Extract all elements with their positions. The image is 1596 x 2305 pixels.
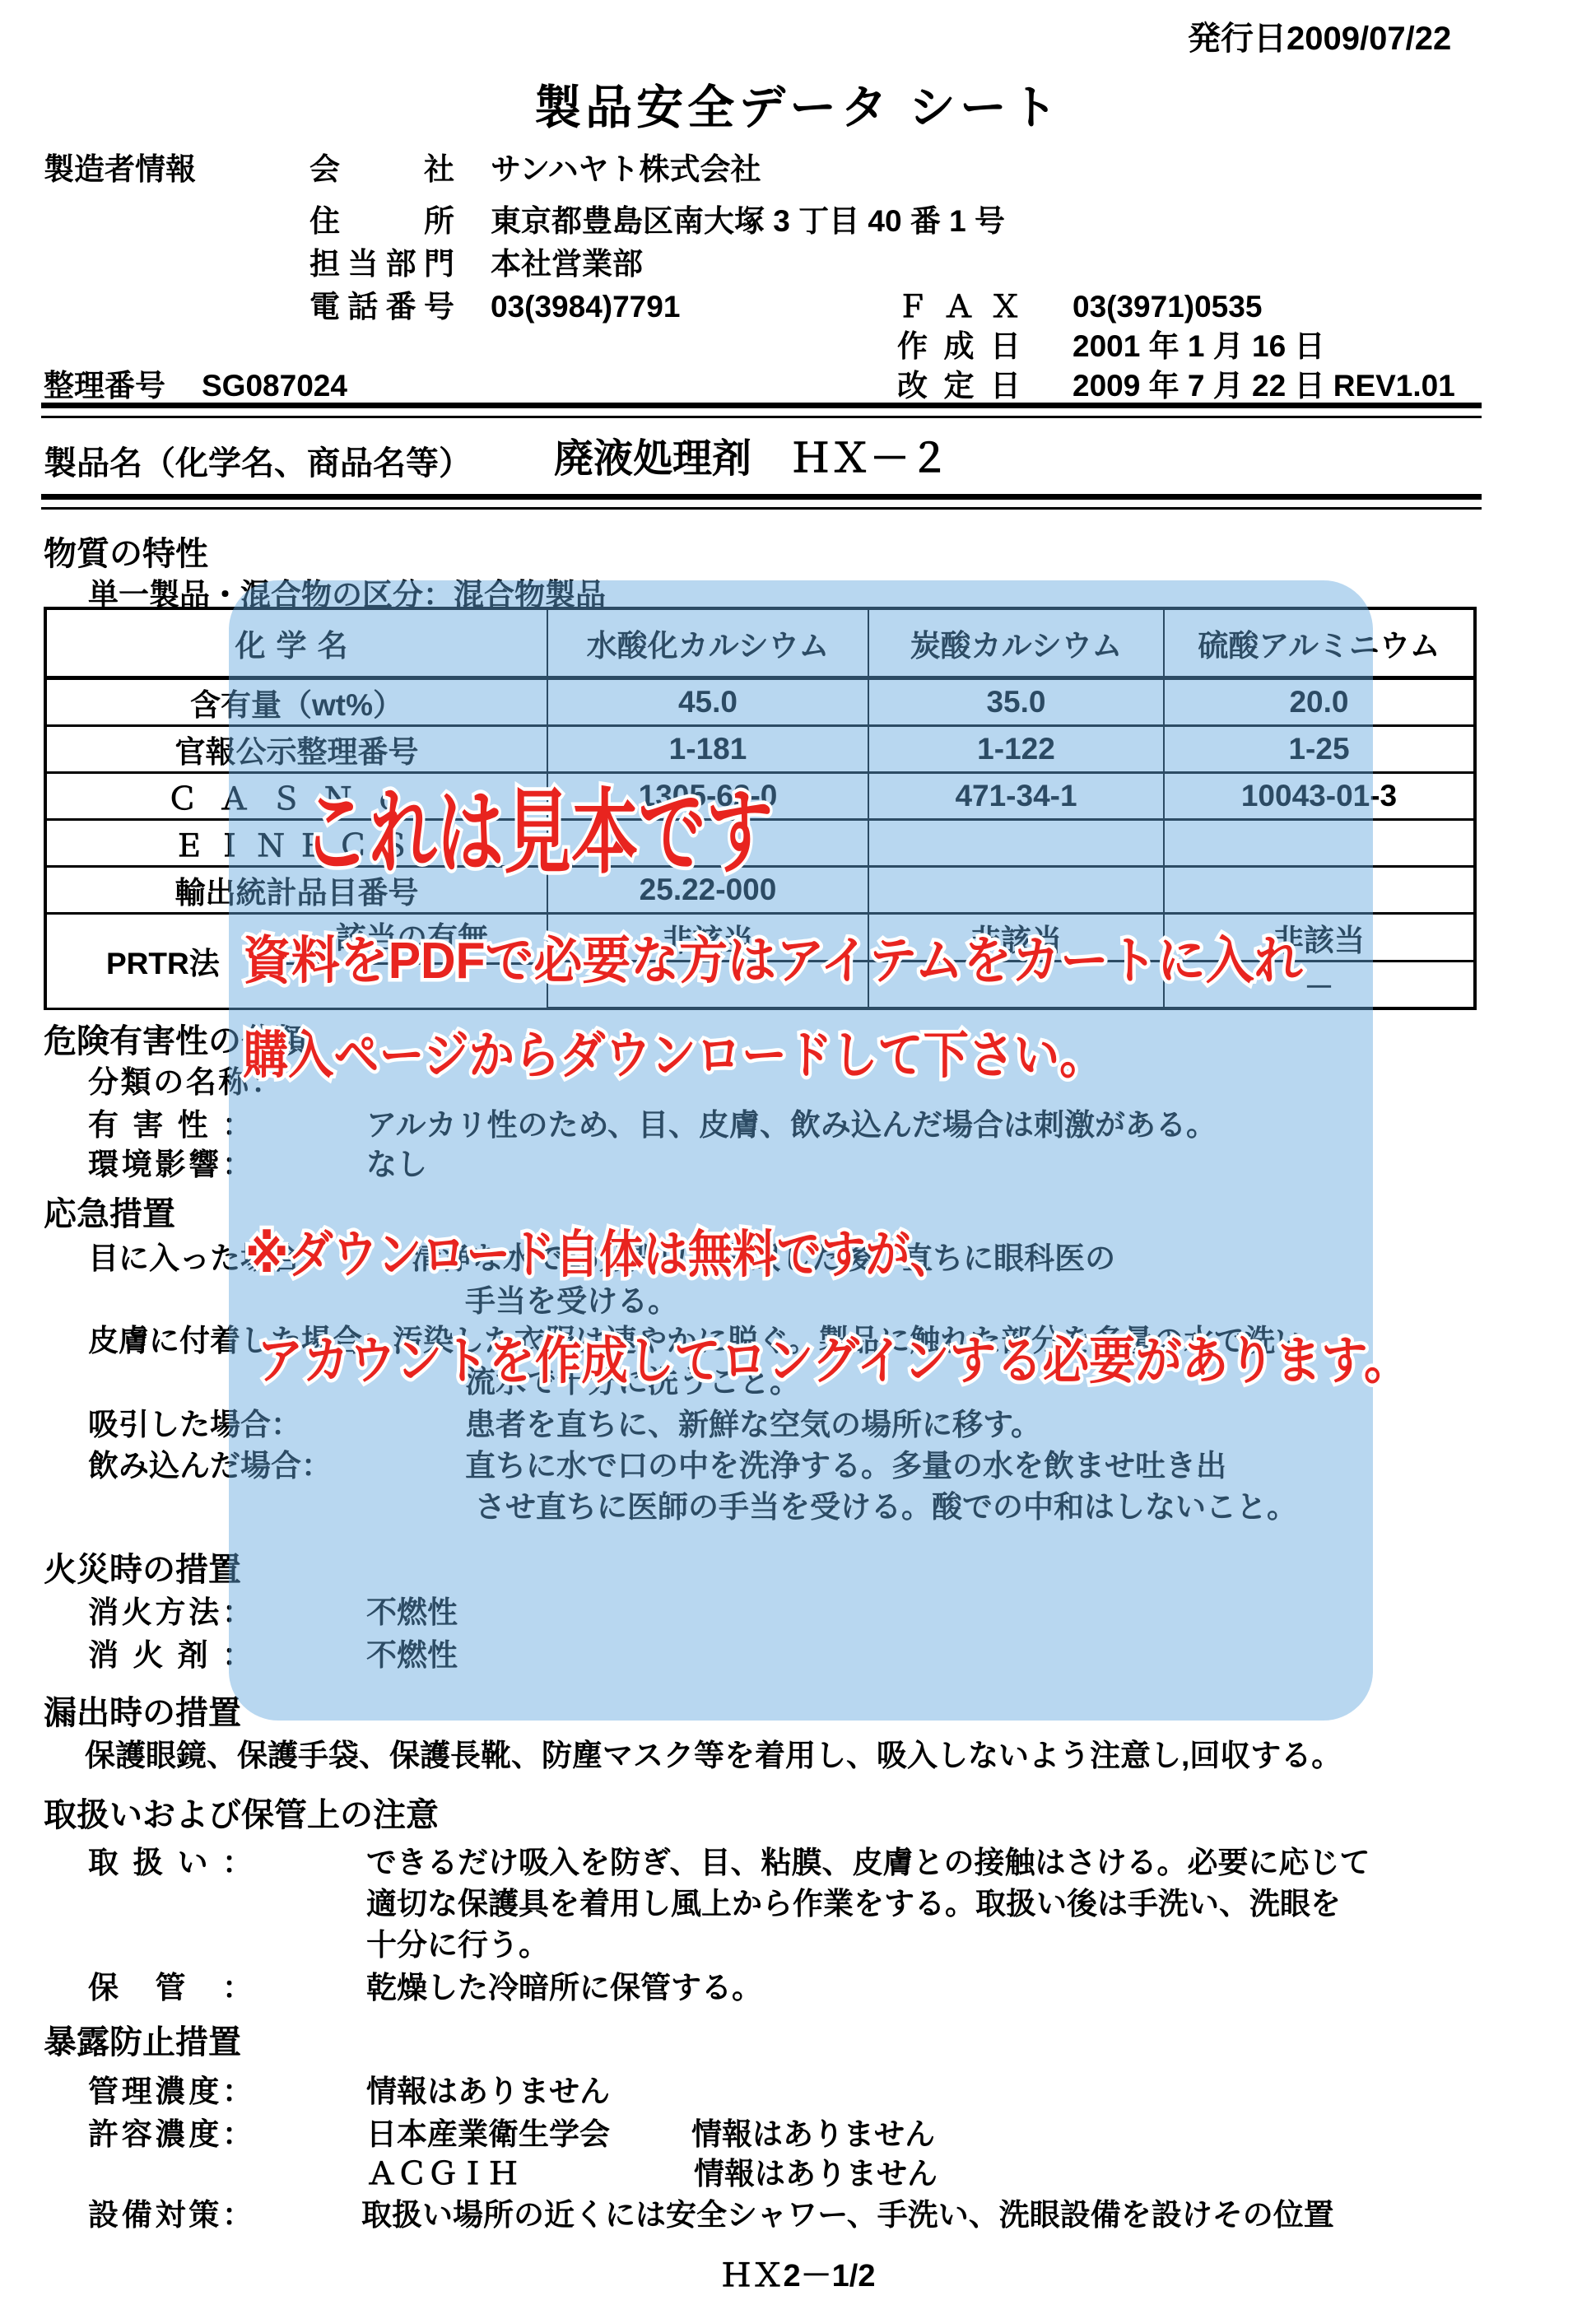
prtr-law-label: PRTR法: [106, 938, 220, 983]
properties-heading: 物質の特性: [44, 533, 208, 575]
department-label: 担当部門: [309, 245, 454, 283]
col-header-calcium-carbonate: 炭酸カルシウム: [868, 608, 1164, 678]
cell-value: [868, 820, 1164, 867]
extinguishing-agent-label: 消火剤：: [88, 1637, 253, 1674]
table-row: 含有量（wt%） 45.0 35.0 20.0: [45, 678, 1475, 726]
product-name-value: 廃液処理剤 ＨＸ－２: [554, 435, 949, 484]
page-number-footer: ＨＸ2－1/2: [721, 2257, 876, 2297]
col-header-chemical-name: 化学名: [235, 629, 359, 663]
divider-rule-top: [41, 403, 1482, 418]
cell-value: 20.0: [1164, 678, 1475, 726]
skin-contact-line1: 皮膚に付着した場合：汚染した衣服は速やかに脱ぐ。製品に触れた部分を多量の水で洗い: [88, 1322, 1305, 1360]
allowable-value2: 情報はありません: [694, 2155, 938, 2193]
environment-label: 環境影響：: [88, 1146, 253, 1184]
maker-section-label: 製造者情報: [44, 151, 196, 189]
phone-label: 電話番号: [309, 288, 454, 326]
handling-heading: 取扱いおよび保管上の注意: [44, 1795, 439, 1836]
harmful-value: アルカリ性のため、目、皮膚、飲み込んだ場合は刺激がある。: [366, 1106, 1217, 1144]
cell-value: 471-34-1: [868, 773, 1164, 820]
handling-label: 取扱い：: [88, 1844, 253, 1882]
allowable-org1: 日本産業衛生学会: [366, 2116, 610, 2154]
col-header-aluminum-sulfate: 硫酸アルミニウム: [1164, 608, 1475, 678]
cell-value: 1-122: [868, 726, 1164, 773]
harmful-label: 有害性：: [88, 1106, 253, 1144]
watermark-line-download: 購入ページからダウンロードして下さい。: [243, 1028, 1105, 1084]
facility-measures-value: 取扱い場所の近くには安全シャワー、手洗い、洗眼設備を設けその位置: [361, 2196, 1334, 2234]
cell-value: [868, 962, 1164, 1009]
cell-value: [547, 962, 868, 1009]
ref-number-label: 整理番号: [44, 367, 165, 405]
cell-value: －: [1164, 962, 1475, 1009]
prtr-sub-label: 該当の有無: [275, 915, 549, 962]
allowable-org2: ＡＣＧＩＨ: [366, 2155, 519, 2193]
cell-value: 非該当: [1164, 914, 1475, 962]
table-row: 輸出統計品目番号 25.22-000: [45, 867, 1475, 914]
cell-value: 1-25: [1164, 726, 1475, 773]
table-row: 官報公示整理番号 1-181 1-122 1-25: [45, 726, 1475, 773]
ingestion-line2: させ直ちに医師の手当を受ける。酸での中和はしないこと。: [475, 1488, 1297, 1526]
storage-label: 保管：: [88, 1969, 253, 2007]
leak-heading: 漏出時の措置: [44, 1693, 241, 1734]
cell-value: 10043-01-3: [1164, 773, 1475, 820]
cell-value: 非該当: [547, 914, 868, 962]
ingestion-line1: 直ちに水で口の中を洗浄する。多量の水を飲ませ吐き出: [465, 1447, 1226, 1485]
document-title: 製品安全データ シート: [534, 79, 1062, 137]
inhalation-label: 吸引した場合：: [88, 1406, 301, 1444]
company-label: 会社: [309, 151, 454, 189]
skin-contact-line2: 流水で十分に洗うこと。: [465, 1363, 800, 1401]
eye-contact-line2: 手当を受ける。: [465, 1283, 678, 1320]
ref-number-value: SG087024: [202, 367, 347, 405]
cell-value: 35.0: [868, 678, 1164, 726]
address-value: 東京都豊島区南大塚 3 丁目 40 番 1 号: [491, 203, 1005, 240]
created-date-label: 作成日: [897, 328, 1021, 366]
issue-date: 発行日2009/07/22: [1188, 18, 1451, 59]
control-concentration-value: 情報はありません: [366, 2073, 610, 2111]
phone-value: 03(3984)7791: [491, 288, 680, 326]
cell-value: [1164, 820, 1475, 867]
prtr-row-applicability: PRTR法 該当の有無 非該当 非該当 非該当: [45, 914, 1475, 962]
cell-value: [547, 820, 868, 867]
storage-value: 乾燥した冷暗所に保管する。: [366, 1969, 762, 2007]
cell-value: [1164, 867, 1475, 914]
hazard-heading: 危険有害性の分類: [44, 1021, 307, 1062]
revised-date-label: 改定日: [897, 367, 1021, 405]
exposure-heading: 暴露防止措置: [44, 2022, 241, 2063]
created-date-value: 2001 年 1 月 16 日: [1073, 328, 1324, 366]
cell-value: 非該当: [868, 914, 1164, 962]
msds-document-page: 発行日2009/07/22 製品安全データ シート 製造者情報 会社 サンハヤト…: [0, 0, 1596, 2305]
fax-value: 03(3971)0535: [1073, 288, 1262, 326]
cell-value: 1-181: [547, 726, 868, 773]
environment-value: なし: [366, 1146, 427, 1184]
row-label-cas-no: ＣＡＳＮｏ: [167, 782, 426, 816]
first-aid-heading: 応急措置: [44, 1194, 175, 1235]
address-label: 住所: [309, 203, 454, 240]
col-header-calcium-hydroxide: 水酸化カルシウム: [547, 608, 868, 678]
eye-contact-line1: 清浄な水で15分間以上洗眼した後、直ちに眼科医の: [412, 1240, 1115, 1278]
allowable-value1: 情報はありません: [691, 2116, 935, 2154]
cell-value: 1305-62-0: [547, 773, 868, 820]
extinguishing-agent-value: 不燃性: [366, 1637, 458, 1674]
divider-rule-product: [41, 494, 1482, 510]
department-value: 本社営業部: [491, 245, 643, 283]
product-name-label: 製品名（化学名、商品名等）: [44, 443, 472, 484]
row-label-export-stat: 輸出統計品目番号: [45, 867, 547, 914]
leak-text: 保護眼鏡、保護手袋、保護長靴、防塵マスク等を着用し、吸入しないよう注意し,回収す…: [85, 1737, 1342, 1775]
cell-value: [868, 867, 1164, 914]
revised-date-value: 2009 年 7 月 22 日 REV1.01: [1073, 367, 1455, 405]
allowable-concentration-label: 許容濃度：: [88, 2116, 253, 2154]
cell-value: 25.22-000: [547, 867, 868, 914]
control-concentration-label: 管理濃度：: [88, 2073, 253, 2111]
row-label-content: 含有量（wt%）: [45, 678, 547, 726]
extinguishing-method-label: 消火方法：: [88, 1594, 253, 1632]
table-header-row: 化学名 水酸化カルシウム 炭酸カルシウム 硫酸アルミニウム: [45, 608, 1475, 678]
eye-contact-label: 目に入った場合：: [88, 1240, 332, 1278]
handling-line1: できるだけ吸入を防ぎ、目、粘膜、皮膚との接触はさける。必要に応じて: [366, 1844, 1370, 1882]
inhalation-value: 患者を直ちに、新鮮な空気の場所に移す。: [465, 1406, 1041, 1444]
extinguishing-method-value: 不燃性: [366, 1594, 458, 1632]
table-row: ＥＩＮＥＣＳ: [45, 820, 1475, 867]
table-row: ＣＡＳＮｏ 1305-62-0 471-34-1 10043-01-3: [45, 773, 1475, 820]
chemical-composition-table: 化学名 水酸化カルシウム 炭酸カルシウム 硫酸アルミニウム 含有量（wt%） 4…: [44, 607, 1477, 1010]
fire-heading: 火災時の措置: [44, 1549, 241, 1590]
cell-value: 45.0: [547, 678, 868, 726]
handling-line3: 十分に行う。: [366, 1926, 549, 1964]
row-label-gazette: 官報公示整理番号: [45, 726, 547, 773]
handling-line2: 適切な保護具を着用し風上から作業をする。取扱い後は手洗い、洗眼を: [366, 1885, 1341, 1923]
company-name: サンハヤト株式会社: [491, 151, 761, 189]
row-label-einecs: ＥＩＮＥＣＳ: [174, 829, 421, 863]
facility-measures-label: 設備対策：: [88, 2196, 253, 2234]
prtr-sub-divider: [275, 962, 548, 965]
fax-label: ＦＡＸ: [897, 288, 1021, 326]
hazard-class-label: 分類の名称：: [88, 1064, 282, 1101]
ingestion-label: 飲み込んだ場合：: [88, 1447, 332, 1485]
